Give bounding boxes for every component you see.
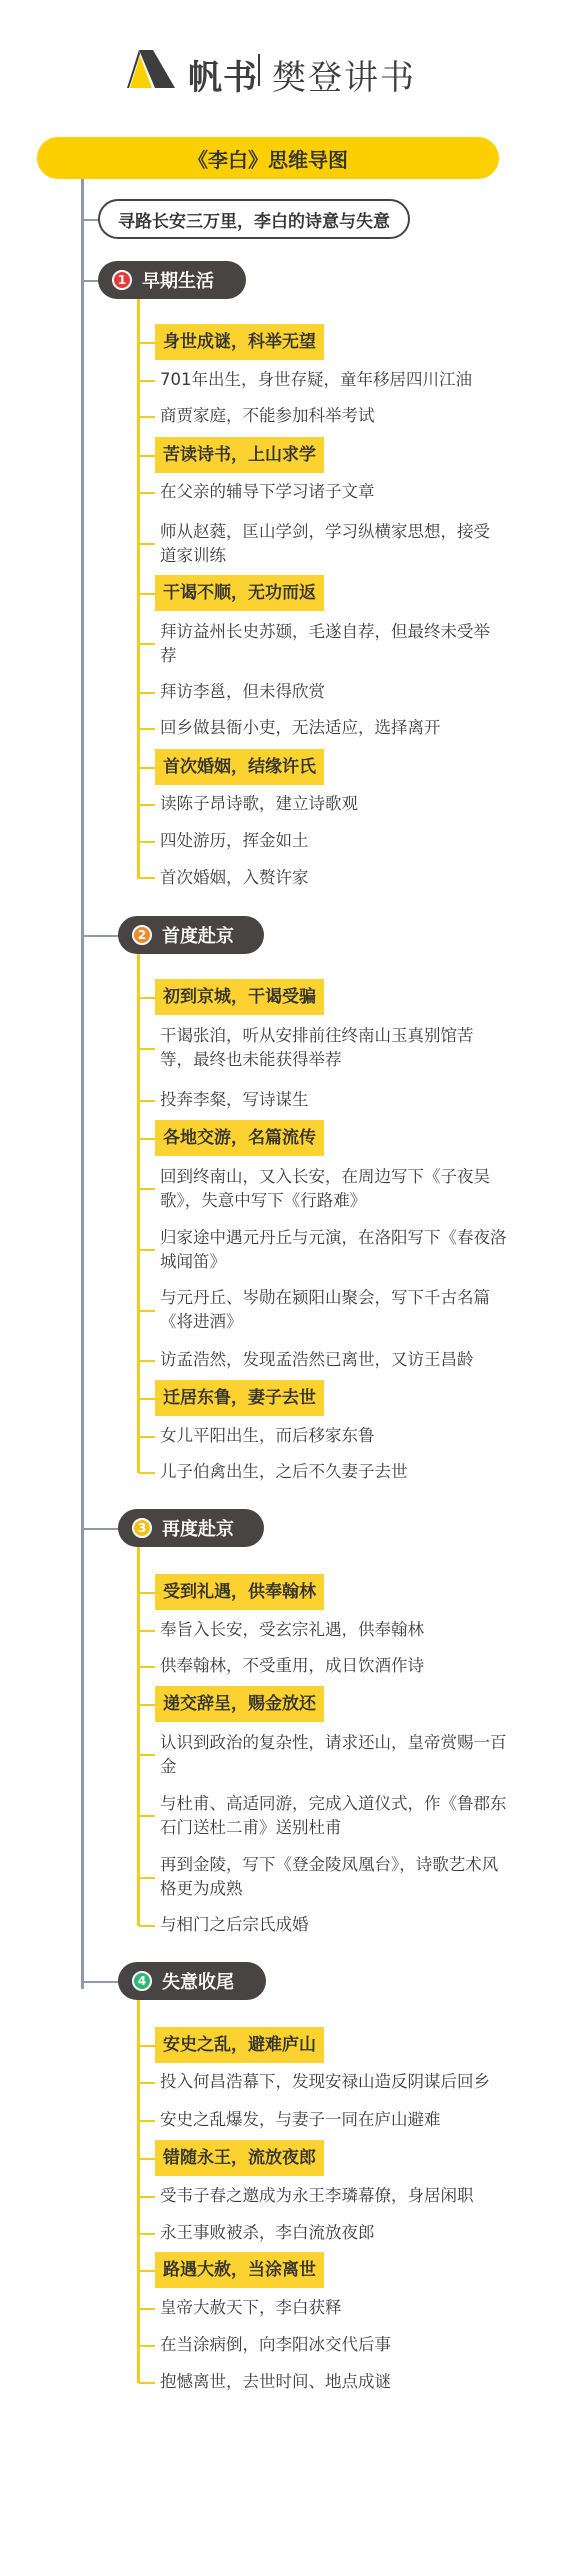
group-heading[interactable]: 苦读诗书，上山求学 bbox=[155, 437, 324, 473]
section-header-final-years[interactable]: 4 失意收尾 bbox=[118, 1962, 266, 2000]
list-item: 回到终南山，又入长安，在周边写下《子夜吴歌》，失意中写下《行路难》 bbox=[160, 1165, 515, 1213]
list-item: 四处游历，挥金如土 bbox=[160, 829, 520, 853]
connector-tick bbox=[139, 2120, 155, 2122]
section-title: 失意收尾 bbox=[162, 1968, 234, 1994]
connector-tick bbox=[139, 1436, 155, 1438]
section-1-connector bbox=[137, 299, 140, 879]
section-header-early-life[interactable]: 1 早期生活 bbox=[98, 261, 246, 299]
speaker-name: 樊登讲书 bbox=[272, 50, 416, 99]
number-badge-1: 1 bbox=[112, 270, 132, 290]
connector-tick bbox=[139, 2382, 155, 2384]
connector-tick bbox=[139, 455, 155, 457]
connector-tick bbox=[139, 804, 155, 806]
group-heading[interactable]: 干谒不顺，无功而返 bbox=[155, 575, 324, 611]
connector-tick bbox=[139, 492, 155, 494]
connector-tick bbox=[139, 1100, 155, 1102]
list-item: 访孟浩然，发现孟浩然已离世，又访王昌龄 bbox=[160, 1348, 540, 1372]
group-heading[interactable]: 错随永王，流放夜郎 bbox=[155, 2140, 324, 2176]
list-item: 归家途中遇元丹丘与元演，在洛阳写下《春夜洛城闻笛》 bbox=[160, 1226, 515, 1274]
connector-tick bbox=[139, 593, 155, 595]
list-item: 认识到政治的复杂性，请求还山，皇帝赏赐一百金 bbox=[160, 1731, 515, 1779]
connector-tick bbox=[139, 1592, 155, 1594]
list-item: 与杜甫、高适同游，完成入道仪式，作《鲁郡东石门送杜二甫》送别杜甫 bbox=[160, 1792, 515, 1840]
connector-tick bbox=[139, 1815, 155, 1817]
mindmap-subtitle: 寻路长安三万里，李白的诗意与失意 bbox=[98, 199, 410, 239]
connector-tick bbox=[139, 342, 155, 344]
connector-tick bbox=[139, 2196, 155, 2198]
section-4-connector bbox=[137, 2000, 140, 2383]
number-badge-4: 4 bbox=[132, 1971, 152, 1991]
group-heading[interactable]: 路遇大赦，当涂离世 bbox=[155, 2252, 324, 2288]
branch-line-section-4 bbox=[83, 1981, 119, 1983]
connector-tick bbox=[139, 1472, 155, 1474]
branch-line-section-2 bbox=[83, 935, 119, 937]
connector-tick bbox=[139, 841, 155, 843]
section-3-connector bbox=[137, 1547, 140, 1926]
list-item: 抱憾离世，去世时间、地点成谜 bbox=[160, 2370, 520, 2394]
group-heading[interactable]: 递交辞呈，赐金放还 bbox=[155, 1686, 324, 1722]
connector-tick bbox=[139, 1877, 155, 1879]
connector-tick bbox=[139, 2308, 155, 2310]
section-title: 早期生活 bbox=[142, 267, 214, 293]
group-heading[interactable]: 身世成谜，科举无望 bbox=[155, 324, 324, 360]
connector-tick bbox=[139, 1925, 155, 1927]
section-title: 再度赴京 bbox=[162, 1515, 234, 1541]
group-heading[interactable]: 首次婚姻，结缘许氏 bbox=[155, 749, 324, 785]
list-item: 儿子伯禽出生，之后不久妻子去世 bbox=[160, 1460, 520, 1484]
list-item: 奉旨入长安，受玄宗礼遇，供奉翰林 bbox=[160, 1618, 520, 1642]
connector-tick bbox=[139, 1630, 155, 1632]
connector-tick bbox=[139, 1360, 155, 1362]
list-item: 投奔李粲，写诗谋生 bbox=[160, 1088, 520, 1112]
connector-tick bbox=[139, 1666, 155, 1668]
list-item: 与相门之后宗氏成婚 bbox=[160, 1913, 520, 1937]
branch-line-section-3 bbox=[83, 1528, 119, 1530]
connector-tick bbox=[139, 1398, 155, 1400]
connector-tick bbox=[139, 728, 155, 730]
connector-tick bbox=[139, 997, 155, 999]
connector-tick bbox=[139, 1704, 155, 1706]
connector-tick bbox=[139, 2158, 155, 2160]
list-item: 回乡做县衙小吏，无法适应，选择离开 bbox=[160, 716, 520, 740]
list-item: 投入何昌浩幕下，发现安禄山造反阴谋后回乡 bbox=[160, 2070, 560, 2094]
connector-tick bbox=[139, 2233, 155, 2235]
connector-tick bbox=[139, 692, 155, 694]
list-item: 与元丹丘、岑勋在颍阳山聚会，写下千古名篇《将进酒》 bbox=[160, 1286, 515, 1334]
connector-tick bbox=[139, 1754, 155, 1756]
connector-tick bbox=[139, 1249, 155, 1251]
list-item: 女儿平阳出生，而后移家东鲁 bbox=[160, 1424, 520, 1448]
list-item: 拜访益州长史苏颋，毛遂自荐，但最终未受举荐 bbox=[160, 620, 490, 668]
list-item: 安史之乱爆发，与妻子一同在庐山避难 bbox=[160, 2108, 520, 2132]
connector-tick bbox=[139, 2345, 155, 2347]
list-item: 701年出生，身世存疑，童年移居四川江油 bbox=[160, 368, 520, 392]
connector-tick bbox=[139, 2082, 155, 2084]
connector-tick bbox=[139, 643, 155, 645]
list-item: 首次婚姻，入赘许家 bbox=[160, 866, 520, 890]
section-2-connector bbox=[137, 954, 140, 1473]
fanshu-logo-icon bbox=[127, 48, 179, 90]
section-header-second-capital[interactable]: 3 再度赴京 bbox=[118, 1509, 264, 1547]
list-item: 拜访李邕，但未得欣赏 bbox=[160, 680, 520, 704]
mindmap-root: 《李白》思维导图 bbox=[37, 137, 499, 179]
connector-tick bbox=[139, 1188, 155, 1190]
connector-tick bbox=[139, 2270, 155, 2272]
list-item: 在父亲的辅导下学习诸子文章 bbox=[160, 480, 520, 504]
list-item: 师从赵蕤，匡山学剑，学习纵横家思想，接受道家训练 bbox=[160, 520, 500, 568]
list-item: 永王事败被杀，李白流放夜郎 bbox=[160, 2221, 520, 2245]
list-item: 皇帝大赦天下，李白获释 bbox=[160, 2296, 520, 2320]
connector-tick bbox=[139, 416, 155, 418]
connector-tick bbox=[139, 1048, 155, 1050]
connector-tick bbox=[139, 2045, 155, 2047]
section-title: 首度赴京 bbox=[162, 922, 234, 948]
number-badge-3: 3 bbox=[132, 1518, 152, 1538]
brand-name: 帆书 bbox=[188, 50, 258, 99]
branch-line-subtitle bbox=[83, 219, 99, 221]
list-item: 再到金陵，写下《登金陵凤凰台》，诗歌艺术风格更为成熟 bbox=[160, 1853, 500, 1901]
group-heading[interactable]: 各地交游，名篇流传 bbox=[155, 1120, 324, 1156]
main-connector-line bbox=[81, 179, 84, 1989]
branch-line-section-1 bbox=[83, 280, 99, 282]
group-heading[interactable]: 安史之乱，避难庐山 bbox=[155, 2027, 324, 2063]
group-heading[interactable]: 初到京城，干谒受骗 bbox=[155, 979, 324, 1015]
group-heading[interactable]: 受到礼遇，供奉翰林 bbox=[155, 1574, 324, 1610]
connector-tick bbox=[139, 380, 155, 382]
list-item: 在当涂病倒，向李阳冰交代后事 bbox=[160, 2333, 520, 2357]
header-logo: 帆书 樊登讲书 bbox=[0, 40, 578, 100]
header-divider bbox=[258, 54, 260, 86]
connector-tick bbox=[139, 767, 155, 769]
connector-tick bbox=[139, 543, 155, 545]
list-item: 读陈子昂诗歌，建立诗歌观 bbox=[160, 792, 520, 816]
list-item: 干谒张洎，听从安排前往终南山玉真别馆苦等，最终也未能获得举荐 bbox=[160, 1024, 505, 1072]
list-item: 供奉翰林，不受重用，成日饮酒作诗 bbox=[160, 1654, 520, 1678]
number-badge-2: 2 bbox=[132, 925, 152, 945]
list-item: 商贾家庭，不能参加科举考试 bbox=[160, 404, 520, 428]
connector-tick bbox=[139, 1138, 155, 1140]
section-header-first-capital[interactable]: 2 首度赴京 bbox=[118, 916, 264, 954]
connector-tick bbox=[139, 1310, 155, 1312]
group-heading[interactable]: 迁居东鲁，妻子去世 bbox=[155, 1380, 324, 1416]
connector-tick bbox=[139, 877, 155, 879]
list-item: 受韦子春之邀成为永王李璘幕僚，身居闲职 bbox=[160, 2184, 560, 2208]
